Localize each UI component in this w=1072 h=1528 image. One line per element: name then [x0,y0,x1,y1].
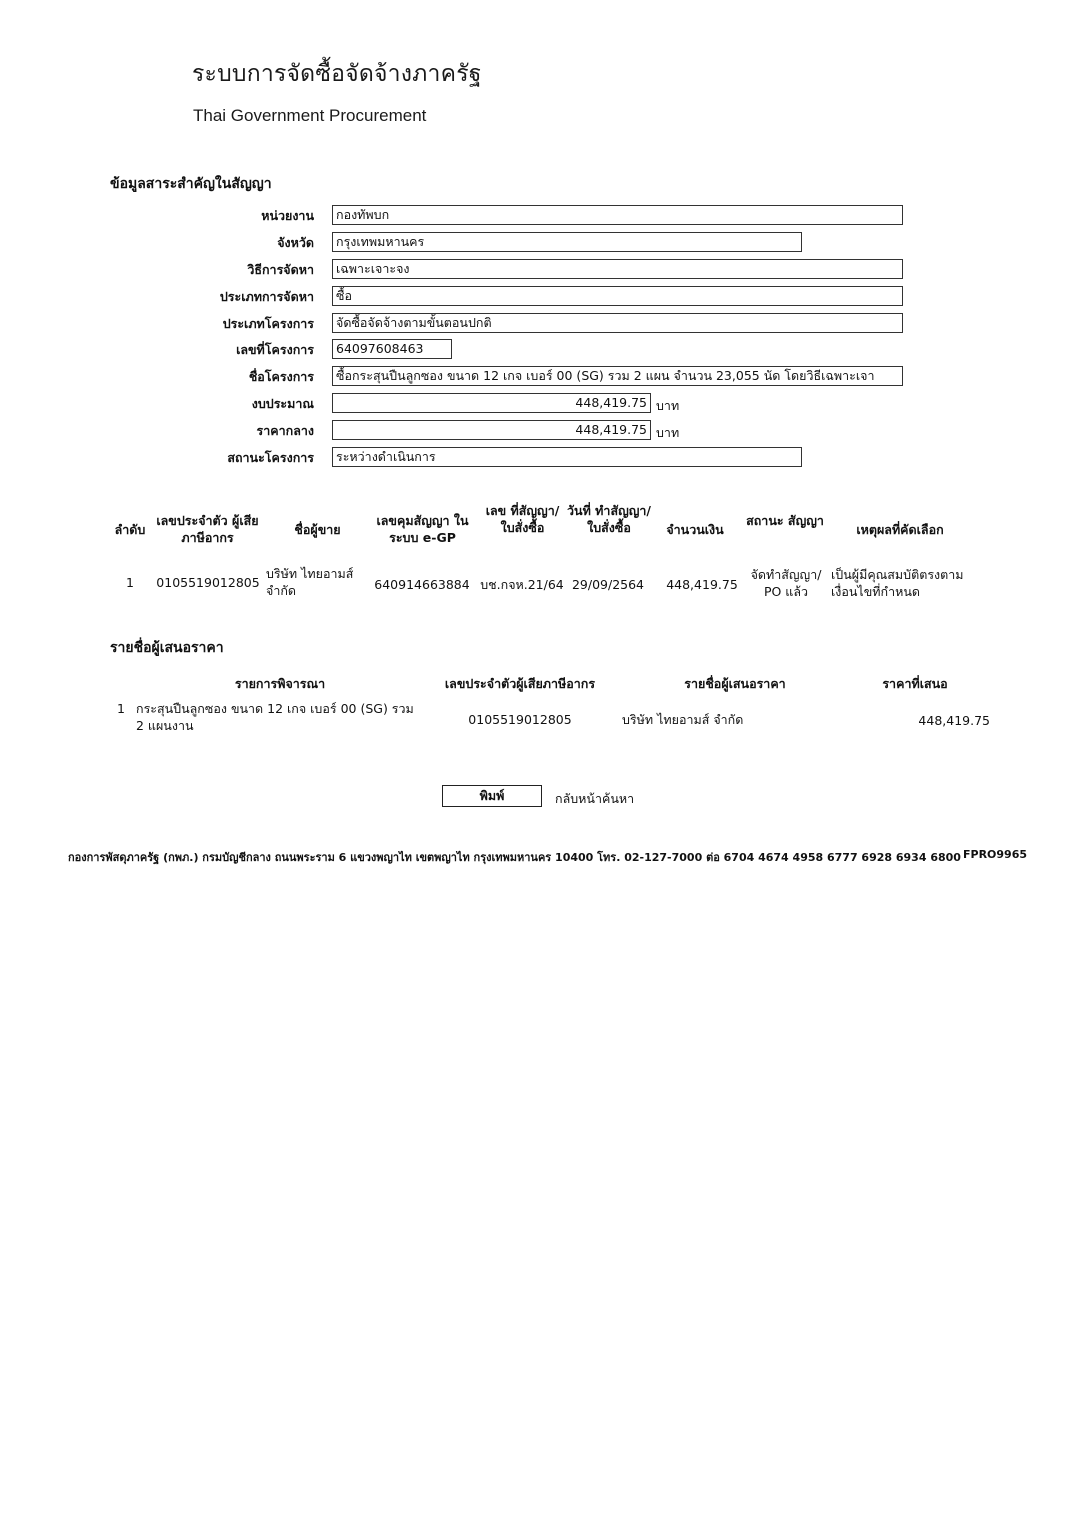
col-header-status: สถานะ สัญญา [745,512,825,529]
cell-bid-item: กระสุนปืนลูกซอง ขนาด 12 เกจ เบอร์ 00 (SG… [136,700,421,734]
field-procurement-method: เฉพาะเจาะจง [332,259,903,279]
back-to-search-link[interactable]: กลับหน้าค้นหา [555,789,634,809]
cell-tax-id: 0105519012805 [152,574,264,591]
col-header-no: ลำดับ [108,521,152,538]
label-project-name: ชื่อโครงการ [104,367,314,387]
label-procurement-type: ประเภทการจัดหา [104,287,314,307]
col-header-vendor: ชื่อผู้ขาย [270,521,365,538]
cell-vendor: บริษัท ไทยอามส์ จำกัด [266,565,370,599]
label-agency: หน่วยงาน [104,206,314,226]
footer-form-code: FPRO9965 [963,848,1027,861]
col-header-contract-no: เลข ที่สัญญา/ ใบสั่งซื้อ [480,502,565,536]
col-header-tax-id: เลขประจำตัว ผู้เสียภาษีอากร [150,512,265,546]
cell-reason: เป็นผู้มีคุณสมบัติตรงตาม เงื่อนไขที่กำหน… [831,566,981,600]
cell-bidder-name: บริษัท ไทยอามส์ จำกัด [622,711,802,728]
col-header-amount: จำนวนเงิน [655,521,735,538]
cell-no: 1 [115,574,145,591]
print-button[interactable]: พิมพ์ [442,785,542,807]
budget-unit: บาท [656,396,679,416]
reference-price-unit: บาท [656,423,679,443]
label-province: จังหวัด [104,233,314,253]
field-procurement-type: ซื้อ [332,286,903,306]
cell-bid-tax-id: 0105519012805 [440,711,600,728]
page-title-thai: ระบบการจัดซื้อจัดจ้างภาครัฐ [192,56,482,92]
col-header-price: ราคาที่เสนอ [860,675,970,692]
page-title-english: Thai Government Procurement [193,106,426,126]
col-header-bidder: รายชื่อผู้เสนอราคา [655,675,815,692]
cell-egp-no: 640914663884 [372,576,472,593]
field-reference-price: 448,419.75 [332,420,651,440]
col-header-bidder-tax-id: เลขประจำตัวผู้เสียภาษีอากร [420,675,620,692]
label-procurement-method: วิธีการจัดหา [104,260,314,280]
label-project-type: ประเภทโครงการ [104,314,314,334]
field-project-status: ระหว่างดำเนินการ [332,447,802,467]
field-province: กรุงเทพมหานคร [332,232,802,252]
col-header-reason: เหตุผลที่คัดเลือก [830,521,970,538]
field-agency: กองทัพบก [332,205,903,225]
label-project-number: เลขที่โครงการ [104,340,314,360]
cell-contract-date: 29/09/2564 [570,576,646,593]
label-reference-price: ราคากลาง [104,421,314,441]
cell-amount: 448,419.75 [660,576,744,593]
field-budget: 448,419.75 [332,393,651,413]
cell-bid-no: 1 [117,700,131,717]
bidders-section-title: รายชื่อผู้เสนอราคา [110,637,224,659]
cell-contract-no: บช.กจห.21/64 [474,576,570,593]
field-project-name: ซื้อกระสุนปืนลูกซอง ขนาด 12 เกจ เบอร์ 00… [332,366,903,386]
col-header-item: รายการพิจารณา [190,675,370,692]
summary-section-title: ข้อมูลสาระสำคัญในสัญญา [110,173,272,195]
col-header-egp-no: เลขคุมสัญญา ในระบบ e-GP [370,512,475,546]
field-project-type: จัดซื้อจัดจ้างตามขั้นตอนปกติ [332,313,903,333]
cell-status: จัดทำสัญญา/ PO แล้ว [744,566,828,600]
col-header-contract-date: วันที่ ทำสัญญา/ ใบสั่งซื้อ [565,502,653,536]
label-budget: งบประมาณ [104,394,314,414]
field-project-number: 64097608463 [332,339,452,359]
cell-bid-price: 448,419.75 [890,712,990,729]
footer-address: กองการพัสดุภาครัฐ (กพภ.) กรมบัญชีกลาง ถน… [68,848,961,866]
label-project-status: สถานะโครงการ [104,448,314,468]
